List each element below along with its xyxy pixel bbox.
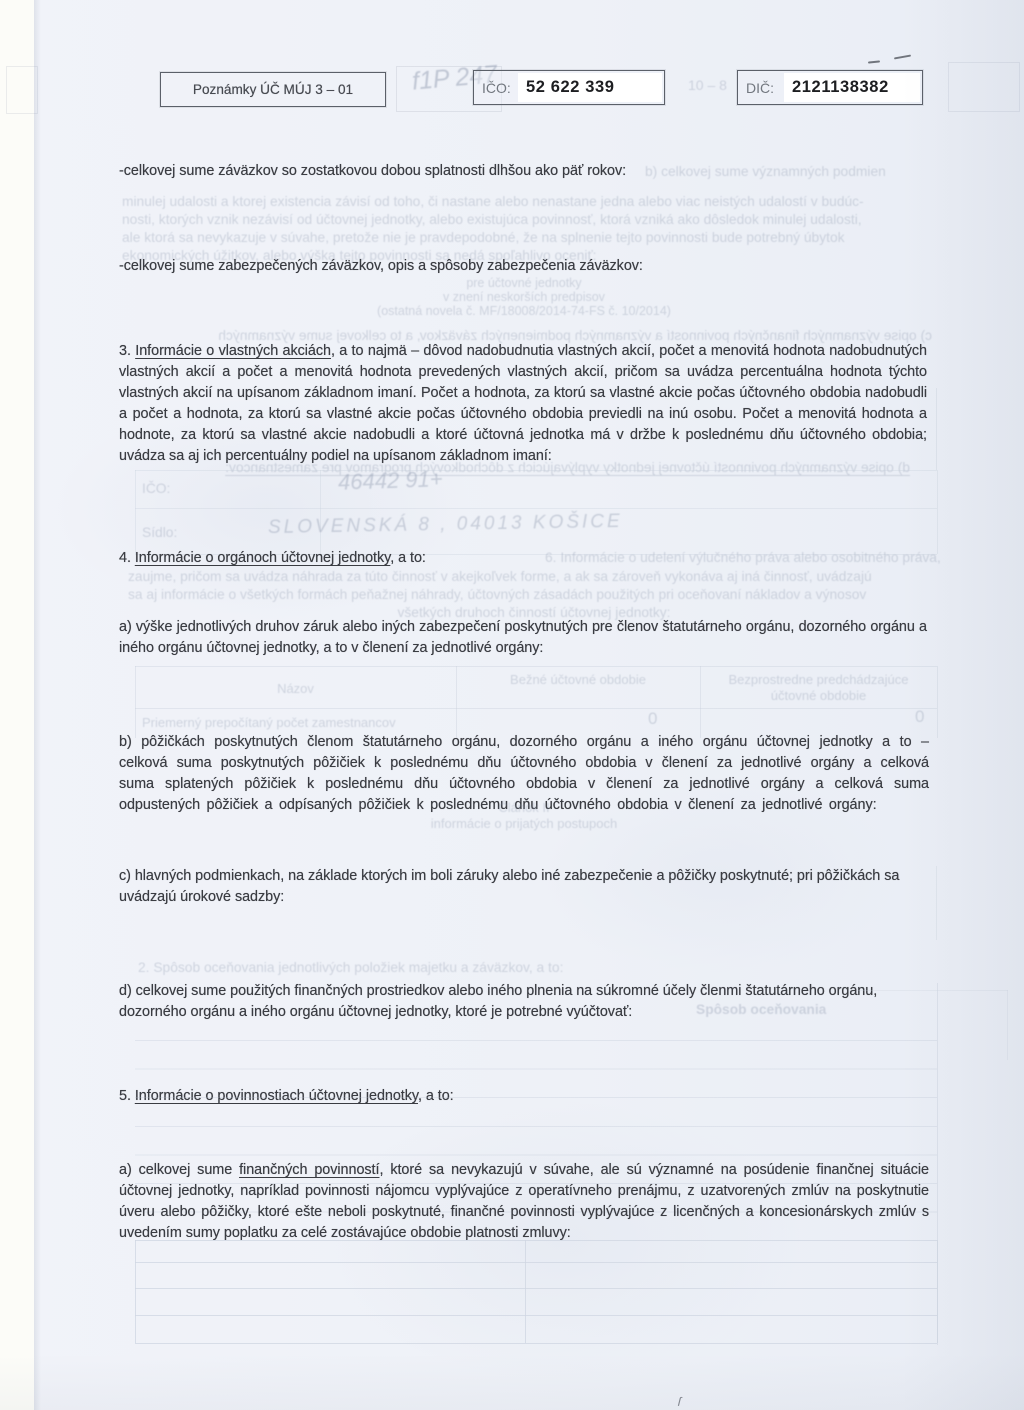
- showthrough-fragment: b) celkovej sume významných podmien: [645, 163, 945, 181]
- section-number: 5.: [119, 1088, 135, 1104]
- ghost-table-header: Názov: [135, 680, 456, 698]
- dic-value-field: 2121138382: [784, 73, 920, 102]
- pen-dash: [894, 55, 911, 60]
- ico-value-field: 52 622 339: [518, 73, 662, 102]
- ghost-table-line: [456, 666, 457, 738]
- answer-table-line: [135, 1240, 136, 1343]
- ghost-table-line: [135, 666, 937, 667]
- section-4a-paragraph: a) výške jednotlivých druhov záruk alebo…: [119, 617, 927, 659]
- section-number: 4.: [119, 550, 135, 566]
- ico-box: IČO: 52 622 339: [473, 70, 665, 105]
- section-body: , a to najmä – dôvod nadobudnutia vlastn…: [119, 343, 927, 464]
- pen-dash: [868, 60, 880, 63]
- showthrough-line: 2. Spôsob oceňovania jednotlivých položi…: [138, 959, 698, 977]
- answer-table-line: [135, 1288, 937, 1289]
- paragraph-lead: a) celkovej sume: [119, 1162, 239, 1178]
- ghost-table-row-label: Priemerný prepočítaný počet zamestnancov: [142, 714, 442, 732]
- showthrough-center: (ostatná novela č. MF/18008/2014-74-FS č…: [120, 302, 928, 320]
- showthrough-line: sa aj informácie o všetkých formách peňa…: [128, 586, 940, 604]
- answer-table-line: [937, 1240, 938, 1343]
- dic-label: DIČ:: [746, 71, 774, 104]
- ghost-table-line: [135, 508, 937, 509]
- faint-form-line: [936, 388, 937, 470]
- section-number: 3.: [119, 343, 135, 359]
- ghost-table-line: [937, 470, 938, 554]
- ghost-handwriting-ico: 46442 91+: [338, 466, 443, 496]
- ghost-table-line: [135, 470, 136, 554]
- answer-table-line: [135, 1240, 937, 1241]
- showthrough-line: ale ktorá sa nevykazuje v súvahe, pretož…: [122, 229, 934, 247]
- ghost-table-line: [320, 470, 321, 554]
- ghost-table-header: Bezprostredne predchádzajúce účtovné obd…: [706, 672, 931, 704]
- answer-table-line: [525, 1240, 526, 1343]
- scanner-edge-strip: [0, 0, 34, 1410]
- answer-table-line: [135, 1262, 937, 1263]
- dic-value: 2121138382: [792, 78, 889, 97]
- ghost-table-line: [135, 666, 136, 738]
- section-4c-paragraph: c) hlavných podmienkach, na základe ktor…: [119, 866, 927, 908]
- ghost-table-line: [135, 470, 937, 471]
- form-code-box: Poznámky ÚČ MÚJ 3 – 01: [160, 72, 386, 107]
- section-5a-paragraph: a) celkovej sume finančných povinností, …: [119, 1160, 929, 1244]
- section-3-paragraph: 3. Informácie o vlastných akciách, a to …: [119, 341, 927, 467]
- showthrough-line: 6. Informácie o udelení výlučného práva …: [545, 549, 940, 567]
- answer-table-line: [135, 1343, 937, 1344]
- ghost-table-value: 0: [648, 710, 657, 728]
- ghost-ico-label: IČO:: [142, 480, 170, 498]
- term-underlined: finančných povinností: [239, 1162, 379, 1178]
- answer-table-line: [135, 1315, 937, 1316]
- form-code-label: Poznámky ÚČ MÚJ 3 – 01: [161, 73, 385, 106]
- showthrough-line: minulej udalosti a ktorej existencia záv…: [122, 193, 934, 211]
- section-title-underlined: Informácie o orgánoch účtovnej jednotky: [135, 550, 390, 566]
- showthrough-mirrored-line: d) opise významných povinností účtovnej …: [130, 459, 910, 477]
- dic-box: DIČ: 2121138382: [737, 70, 923, 105]
- ghost-box-right: [948, 62, 1020, 112]
- ghost-table-header: Bežné účtovné obdobie: [466, 672, 690, 688]
- ghost-sidlo-label: Sídlo:: [142, 524, 177, 542]
- ico-label: IČO:: [482, 71, 511, 104]
- ghost-handwriting-address: SLOVENSKÁ 8 , 04013 KOŠICE: [268, 511, 623, 539]
- ico-value: 52 622 339: [526, 78, 615, 97]
- ghost-box-left: [6, 66, 38, 114]
- faint-form-line: [936, 866, 937, 940]
- ghost-table-line: [700, 666, 701, 738]
- showthrough-line: nosti, ktorých vznik nezávisí od účtovne…: [122, 211, 934, 229]
- section-title-suffix: , a to:: [390, 550, 426, 566]
- showthrough-column-header: Spôsob oceňovania: [696, 1001, 896, 1019]
- section-title-underlined: Informácie o vlastných akciách: [135, 343, 331, 359]
- scanned-document-page: 10 – 8 f1P 247 Poznámky ÚČ MÚJ 3 – 01 IČ…: [0, 0, 1024, 1410]
- ghost-ten-eight: 10 – 8: [688, 76, 734, 94]
- ghost-table-value: 0: [915, 708, 924, 726]
- showthrough-article-subheading: informácie o prijatých postupoch: [120, 815, 928, 833]
- pen-tick-mark: ſ: [676, 1394, 682, 1409]
- ghost-table-line: [135, 708, 937, 709]
- ghost-table-line: [1007, 990, 1008, 1060]
- ghost-table-line: [857, 990, 1008, 991]
- ghost-table-line: [937, 666, 938, 738]
- showthrough-line: zaujme, pričom sa uvádza náhrada za túto…: [128, 568, 940, 586]
